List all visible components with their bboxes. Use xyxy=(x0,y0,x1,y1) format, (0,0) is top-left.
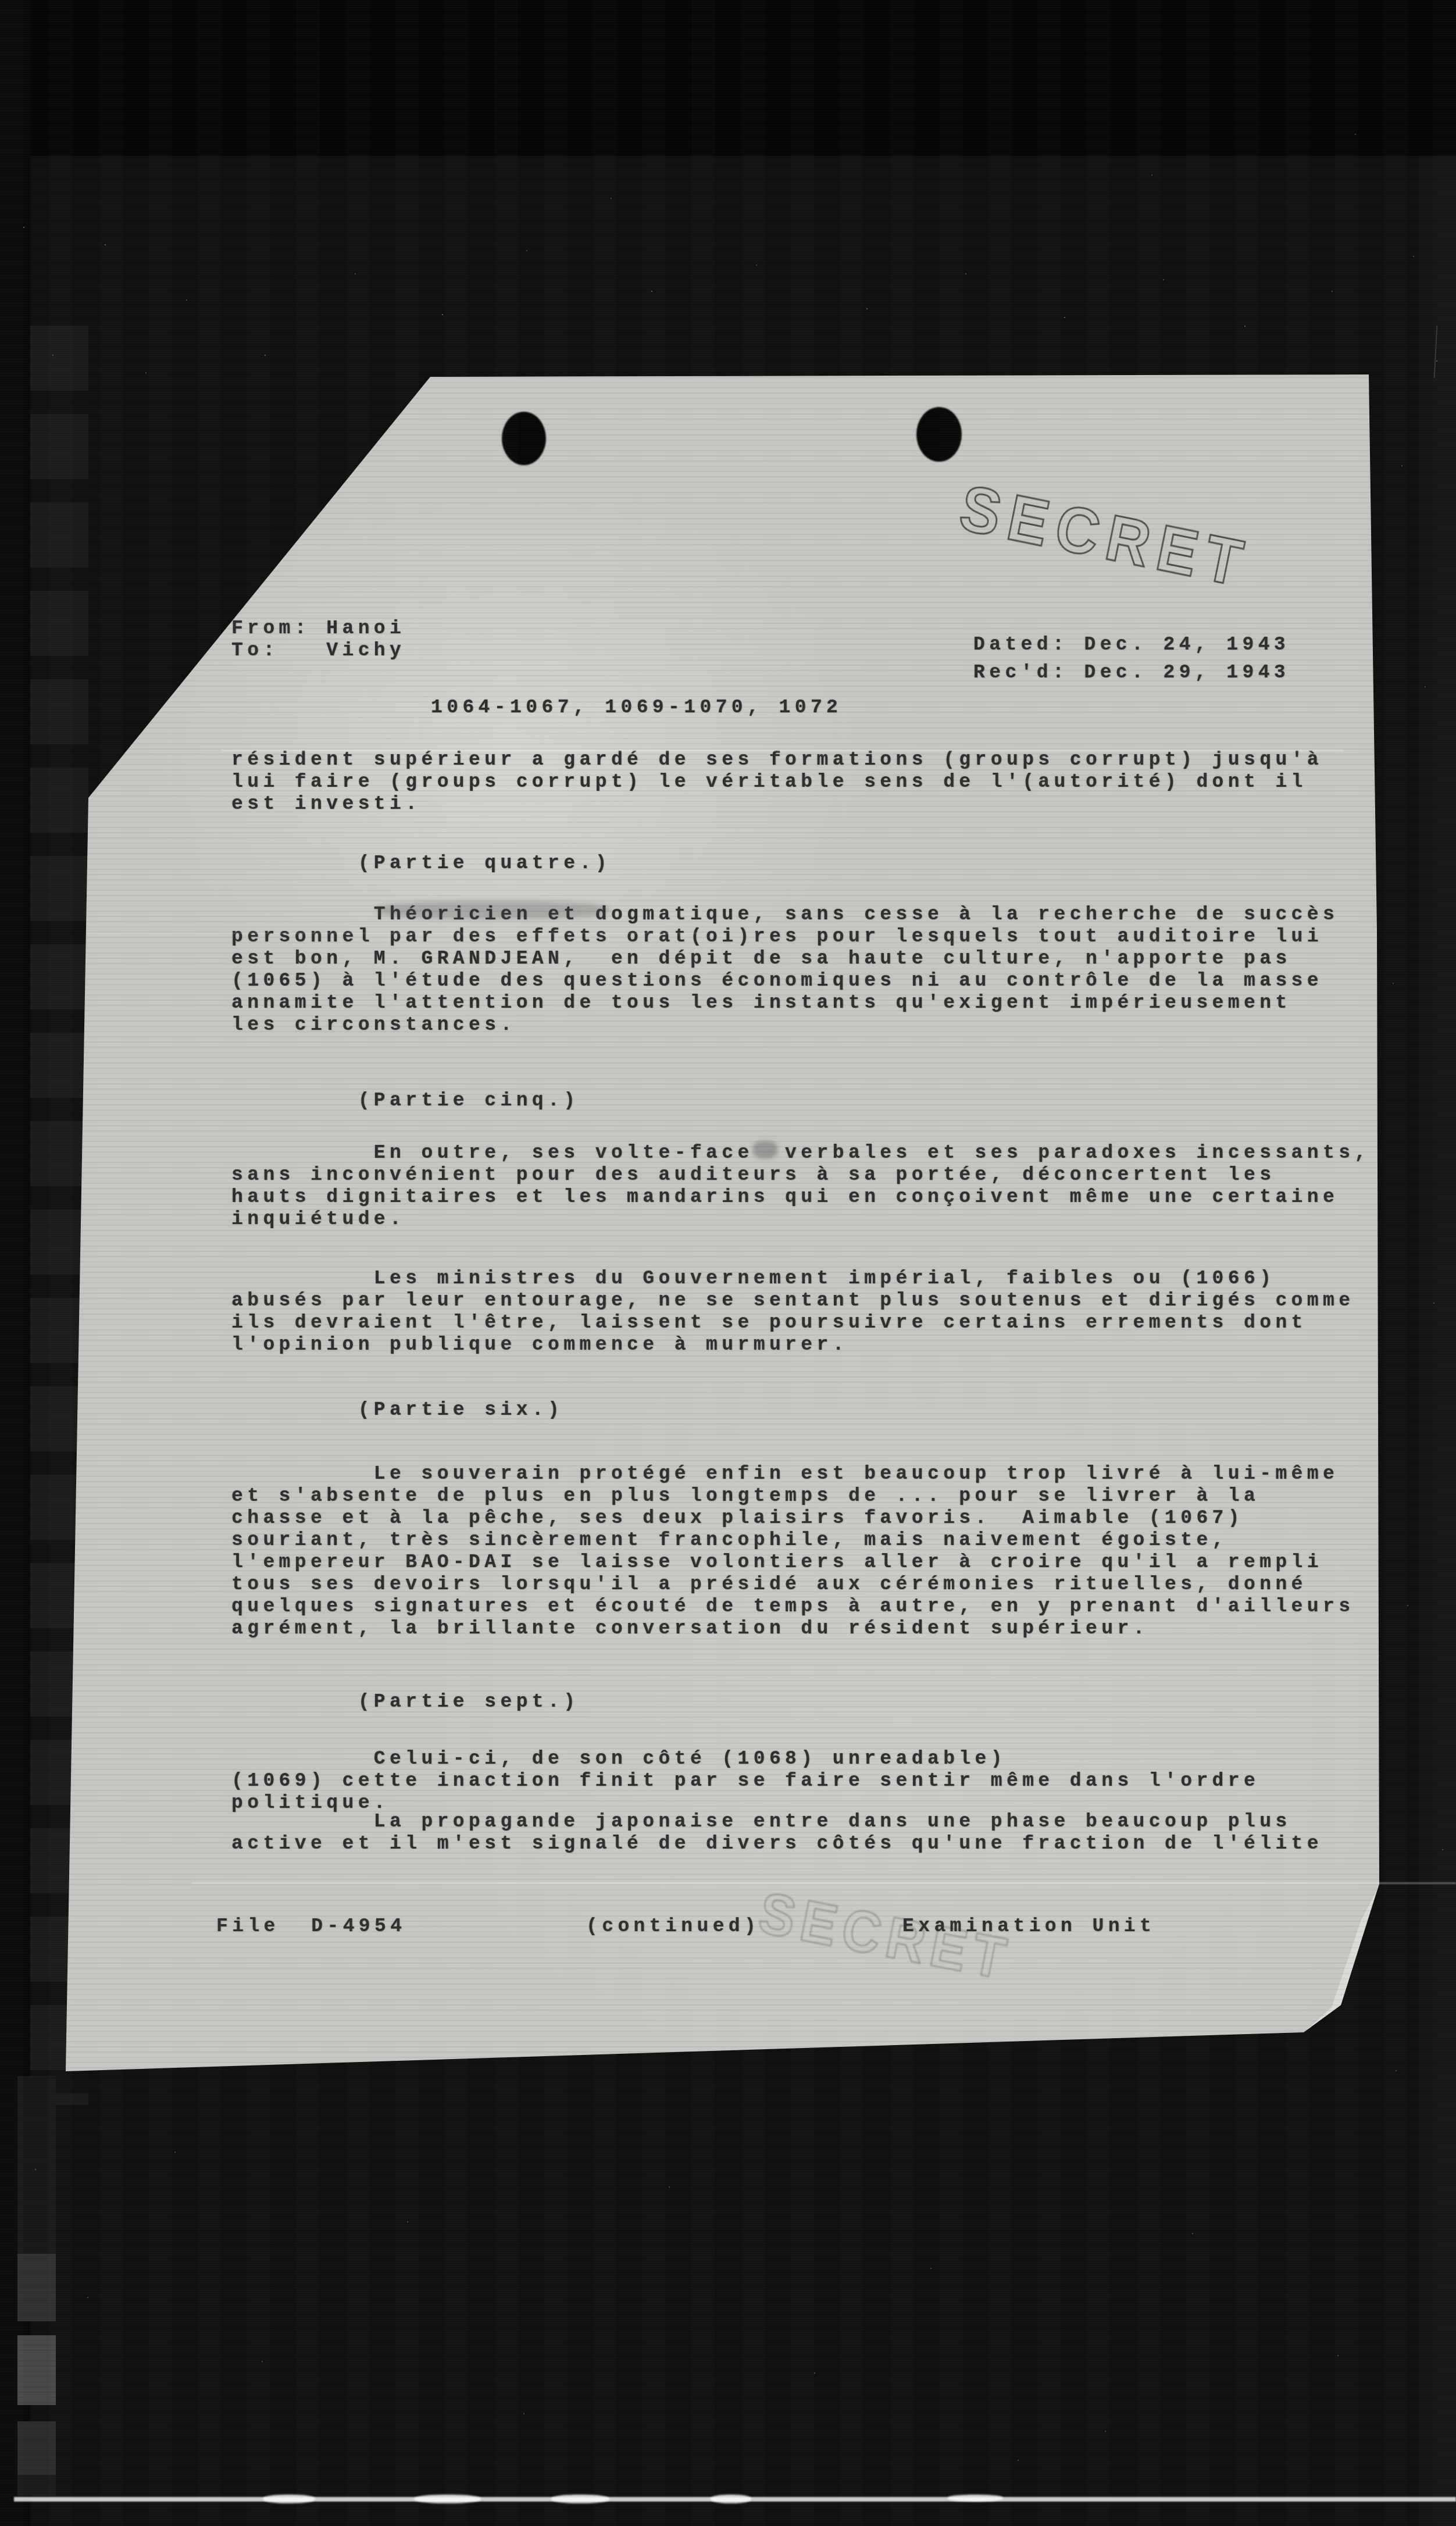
film-edge-blob xyxy=(948,2495,1003,2502)
microfilm-frame: SECRET SECRET From: Hanoi To: Vichy Date… xyxy=(0,0,1456,2526)
heading-partie-quatre: (Partie quatre.) xyxy=(231,852,611,875)
footer-continued: (continued) xyxy=(586,1915,760,1938)
film-band xyxy=(17,2076,56,2254)
paragraph-celui-ci: Celui-ci, de son côté (1068) unreadable)… xyxy=(231,1748,1259,1814)
film-edge-blob xyxy=(414,2495,481,2503)
film-edge-blob xyxy=(711,2495,751,2503)
to-line: To: Vichy xyxy=(231,640,405,662)
paragraph-les-ministres: Les ministres du Gouvernement impérial, … xyxy=(231,1268,1354,1356)
scan-streak xyxy=(192,1882,1456,1884)
scan-streak xyxy=(87,933,698,934)
film-band xyxy=(17,2421,56,2475)
message-numbers: 1064-1067, 1069-1070, 1072 xyxy=(431,697,842,719)
punch-hole-left xyxy=(502,412,546,465)
ink-smudge xyxy=(753,1141,777,1158)
film-band xyxy=(17,2254,56,2321)
film-edge-blob xyxy=(263,2495,315,2503)
film-band xyxy=(17,2475,56,2496)
footer-examination-unit: Examination Unit xyxy=(902,1915,1155,1938)
paragraph-la-propagande: La propagande japonaise entre dans une p… xyxy=(231,1811,1323,1855)
film-edge-blob xyxy=(551,2495,609,2503)
film-right-band xyxy=(1419,156,1456,2526)
paragraph-resident-superieur: résident supérieur a gardé de ses format… xyxy=(231,749,1323,815)
film-band xyxy=(17,2335,56,2405)
from-line: From: Hanoi xyxy=(231,618,405,640)
footer-file-ref: File D-4954 xyxy=(216,1915,406,1938)
ink-smudge xyxy=(377,901,609,919)
dated-line: Dated: Dec. 24, 1943 xyxy=(973,634,1290,656)
scan-streak xyxy=(221,750,1343,751)
paragraph-le-souverain: Le souverain protégé enfin est beaucoup … xyxy=(231,1463,1354,1640)
paragraph-en-outre: En outre, ses volte-face verbales et ses… xyxy=(231,1142,1371,1230)
heading-partie-sept: (Partie sept.) xyxy=(231,1691,579,1713)
heading-partie-cinq: (Partie cinq.) xyxy=(231,1090,579,1112)
received-line: Rec'd: Dec. 29, 1943 xyxy=(973,662,1290,684)
paragraph-theoricien: Théoricien et dogmatique, sans cesse à l… xyxy=(231,904,1339,1036)
punch-hole-right xyxy=(916,407,962,462)
heading-partie-six: (Partie six.) xyxy=(231,1399,563,1421)
dust-specks xyxy=(0,0,1,1)
